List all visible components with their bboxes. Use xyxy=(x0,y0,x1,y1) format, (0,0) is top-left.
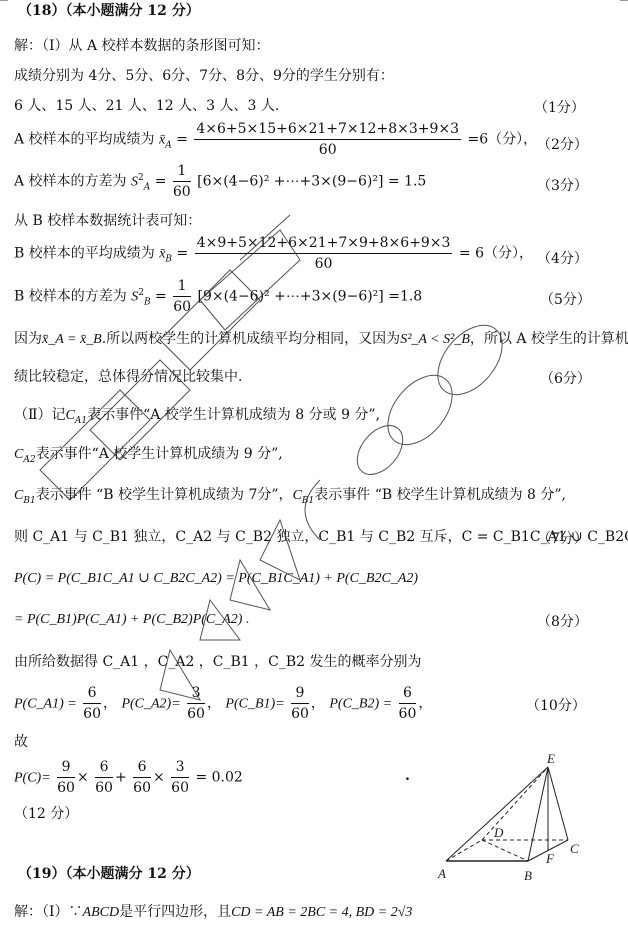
fraction-denominator: 60 xyxy=(57,778,75,798)
vertex-label-a: A xyxy=(437,866,446,881)
variance-b-expression: [9×(4−6)² +⋯+3×(9−6)²] =1.8 xyxy=(197,289,422,305)
vertex-label-d: D xyxy=(493,825,504,840)
score-mark-6: （6分） xyxy=(540,368,591,388)
score-mark-10: （10分） xyxy=(526,695,586,715)
conclusion-text: ，所以 A 校学生的计算机成 xyxy=(470,331,628,347)
therefore-label: 故 xyxy=(14,733,28,751)
fraction-numerator: 6 xyxy=(95,757,113,778)
event-definition: 表示事件 “B 校学生计算机成绩为 7分”， xyxy=(36,487,293,503)
q18-header: （18）（本小题满分 12 分） xyxy=(18,2,200,20)
mean-a-numerator: 4×6+5×15+6×21+7×12+8×3+9×3 xyxy=(194,119,461,140)
event-subscript: A2 xyxy=(23,455,35,465)
event-definition: 表示事件 “B 校学生计算机成绩为 8 分”, xyxy=(314,487,566,503)
variance-inequality: S²_A < S²_B xyxy=(400,332,470,347)
fraction-numerator: 3 xyxy=(171,757,189,778)
event-symbol: C xyxy=(293,488,302,503)
variance-a-denominator: 60 xyxy=(173,182,191,202)
conclusion-line-1: 因为x̄_A = x̄_B.所以两校学生的计算机成绩平均分相同，又因为S²_A … xyxy=(14,330,628,349)
school-b-intro: 从 B 校样本数据统计表可知： xyxy=(14,212,201,230)
part-two-intro: （Ⅱ）记CA1表示事件“A 校学生计算机成绩为 8 分或 9 分”, xyxy=(14,406,380,430)
prob-numerator: 6 xyxy=(83,683,101,704)
final-result: = 0.02 xyxy=(195,770,242,786)
prob-fraction: 660 xyxy=(399,683,417,724)
solution-label: 解：（Ⅰ）∵ xyxy=(14,904,83,920)
prob-label: P(C_B2) = xyxy=(329,697,392,712)
independence-line: 则 C_A1 与 C_B1 独立，C_A2 与 C_B2 独立，C_B1 与 C… xyxy=(14,528,628,546)
mean-a-label: A 校样本的平均成绩为 xyxy=(14,132,155,148)
mean-a-result: =6（分）， xyxy=(467,132,537,148)
q18-student-counts: 6 人、15 人、21 人、12 人、3 人、3 人. xyxy=(14,97,279,115)
fraction-denominator: 60 xyxy=(171,778,189,798)
variance-b-fraction: 1 60 xyxy=(173,276,191,317)
prob-denominator: 60 xyxy=(83,704,101,724)
variance-b-line: B 校样本的方差为 S2B = 1 60 [9×(4−6)² +⋯+3×(9−6… xyxy=(14,276,422,317)
mean-b-numerator: 4×9+5×12+6×21+7×9+8×6+9×3 xyxy=(195,233,453,254)
prob-fraction: 360 xyxy=(187,683,205,724)
page-corner-mark xyxy=(0,0,8,1)
prob-numerator: 6 xyxy=(399,683,417,704)
variance-a-expression: [6×(4−6)² +⋯+3×(9−6)²] = 1.5 xyxy=(197,174,426,190)
score-mark-2: （2分） xyxy=(537,134,588,154)
given-lengths: CD = AB = 2BC = 4, BD = 2√3 xyxy=(231,905,412,920)
mean-b-result: = 6（分）， xyxy=(459,246,533,262)
prob-numerator: 3 xyxy=(187,683,205,704)
quadrilateral-name: ABCD xyxy=(83,905,120,920)
mean-b-line: B 校样本的平均成绩为 x̄B = 4×9+5×12+6×21+7×9+8×6+… xyxy=(14,233,533,274)
fraction-numerator: 6 xyxy=(133,757,151,778)
variance-a-line: A 校样本的方差为 S2A = 1 60 [6×(4−6)² +⋯+3×(9−6… xyxy=(14,161,426,202)
variance-a-numerator: 1 xyxy=(173,161,191,182)
prob-denominator: 60 xyxy=(187,704,205,724)
final-fraction: 660 xyxy=(133,757,151,798)
probability-line-1: P(C) = P(C_B1C_A1 ∪ C_B2C_A2) = P(C_B1C_… xyxy=(14,570,418,588)
variance-b-numerator: 1 xyxy=(173,276,191,297)
mean-b-fraction: 4×9+5×12+6×21+7×9+8×6+9×3 60 xyxy=(195,233,453,274)
final-probability: P(C)= 960× 660+ 660× 360 = 0.02 xyxy=(14,757,243,798)
mean-a-line: A 校样本的平均成绩为 x̄A = 4×6+5×15+6×21+7×12+8×3… xyxy=(14,119,537,160)
page-corner-mark xyxy=(620,0,628,1)
variance-a-label: A 校样本的方差为 xyxy=(14,174,127,190)
variance-b-label: B 校样本的方差为 xyxy=(14,289,127,305)
probability-line-2: = P(C_B1)P(C_A1) + P(C_B2)P(C_A2) . xyxy=(14,611,249,629)
final-fraction: 360 xyxy=(171,757,189,798)
event-symbol: C xyxy=(14,447,23,462)
final-label: P(C)= xyxy=(14,771,51,786)
given-data-line: 由所给数据得 C_A1 ，C_A2 ，C_B1 ，C_B2 发生的概率分别为 xyxy=(14,653,422,671)
q18-score-categories: 成绩分别为 4分、5分、6分、7分、8分、9分的学生分别有： xyxy=(14,67,394,85)
score-mark-5: （5分） xyxy=(540,289,591,309)
event-cb-definitions: CB1表示事件 “B 校学生计算机成绩为 7分”，CB1表示事件 “B 校学生计… xyxy=(14,486,566,510)
solution-text: 是平行四边形，且 xyxy=(119,904,231,920)
event-definition: 表示事件“A 校学生计算机成绩为 8 分或 9 分”, xyxy=(87,407,380,423)
event-subscript: B1 xyxy=(23,496,35,506)
q18-solution-intro: 解：（Ⅰ）从 A 校样本数据的条形图可知： xyxy=(14,37,270,55)
variance-b-denominator: 60 xyxy=(173,297,191,317)
event-subscript: B1 xyxy=(302,496,314,506)
score-mark-3: （3分） xyxy=(537,175,588,195)
event-symbol: C xyxy=(66,408,75,423)
conclusion-text: 因为 xyxy=(14,331,42,347)
mean-a-fraction: 4×6+5×15+6×21+7×12+8×3+9×3 60 xyxy=(194,119,461,160)
event-subscript: A1 xyxy=(75,416,87,426)
mean-b-denominator: 60 xyxy=(195,254,453,274)
final-fraction: 660 xyxy=(95,757,113,798)
prob-fraction: 960 xyxy=(291,683,309,724)
mean-a-subscript: A xyxy=(165,140,172,150)
prob-numerator: 9 xyxy=(291,683,309,704)
score-mark-1: （1分） xyxy=(534,97,585,117)
vertex-label-c: C xyxy=(570,841,579,856)
variance-a-fraction: 1 60 xyxy=(173,161,191,202)
event-symbol: C xyxy=(14,488,23,503)
variance-a-symbol: S xyxy=(131,175,138,190)
event-ca2-definition: CA2表示事件“A 校学生计算机成绩为 9 分”, xyxy=(14,445,283,469)
pyramid-figure: E D C F A B xyxy=(420,745,628,885)
mean-b-subscript: B xyxy=(165,254,172,264)
prob-label: P(C_B1)= xyxy=(225,697,284,712)
score-mark-8: （8分） xyxy=(537,611,588,631)
fraction-numerator: 9 xyxy=(57,757,75,778)
score-mark-4: （4分） xyxy=(537,248,588,268)
prob-fraction: 660 xyxy=(83,683,101,724)
final-fraction: 960 xyxy=(57,757,75,798)
q19-solution-intro: 解：（Ⅰ）∵ABCD是平行四边形，且CD = AB = 2BC = 4, BD … xyxy=(14,903,412,922)
mean-a-denominator: 60 xyxy=(194,140,461,160)
vertex-label-b: B xyxy=(524,868,532,883)
prob-label: P(C_A2)= xyxy=(121,697,180,712)
score-mark-7: （7分） xyxy=(537,528,588,548)
variance-a-sub: A xyxy=(144,182,151,192)
score-mark-12: （12 分） xyxy=(14,805,78,823)
vertex-label-e: E xyxy=(546,751,555,766)
prob-denominator: 60 xyxy=(399,704,417,724)
fraction-denominator: 60 xyxy=(133,778,151,798)
mean-b-label: B 校样本的平均成绩为 xyxy=(14,246,155,262)
fraction-denominator: 60 xyxy=(95,778,113,798)
mean-equality: x̄_A = x̄_B xyxy=(42,332,102,347)
variance-b-sub: B xyxy=(144,297,151,307)
prob-denominator: 60 xyxy=(291,704,309,724)
part-two-label: （Ⅱ）记 xyxy=(14,407,66,423)
event-definition: 表示事件“A 校学生计算机成绩为 9 分”, xyxy=(36,446,283,462)
q19-header: （19）（本小题满分 12 分） xyxy=(18,865,200,883)
conclusion-line-2: 绩比较稳定，总体得分情况比较集中. xyxy=(14,368,242,386)
individual-probabilities: P(C_A1) = 660， P(C_A2)= 360， P(C_B1)= 96… xyxy=(14,683,432,724)
vertex-label-f: F xyxy=(545,851,555,866)
conclusion-text: .所以两校学生的计算机成绩平均分相同，又因为 xyxy=(102,331,400,347)
prob-label: P(C_A1) = xyxy=(14,697,77,712)
stray-dot: . xyxy=(405,768,410,784)
